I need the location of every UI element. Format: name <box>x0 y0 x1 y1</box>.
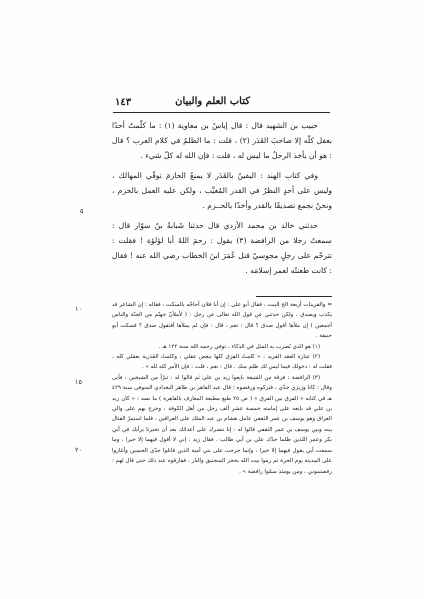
margin-line-number: ٢٠ <box>75 446 82 454</box>
main-paragraph: حدثني خالد بن محمد الأزدي قال حدثنا شَبا… <box>112 218 332 278</box>
header-rule <box>113 112 330 113</box>
running-header: كتاب العلم والبيان ١٤٣ <box>113 96 330 112</box>
main-paragraph: حبيب بن الشهيد قال : قال إياسُ بن معاوية… <box>112 118 332 163</box>
footnote-separator <box>256 296 332 297</box>
main-text-body: حبيب بن الشهيد قال : قال إياسُ بن معاوية… <box>112 118 332 278</box>
footnote-2: (٢) عبارة العقد الفريد : « كلمتُ الفِرَق… <box>112 352 332 373</box>
book-page: كتاب العلم والبيان ١٤٣ حبيب بن الشهيد قا… <box>0 0 424 599</box>
margin-line-number: ١٥ <box>75 378 82 386</box>
footnotes: = والقرينات أربعة الخ البيت ، فقال أبو ع… <box>112 300 332 477</box>
footnote-1: (١) هو الذي يُضرب به المثل في الذكاء ، ت… <box>112 342 332 352</box>
page-number: ١٤٣ <box>115 97 131 108</box>
margin-line-number: ٥ <box>80 207 84 215</box>
footnote-3: (٣) الرافضة : فرقة من الشيعة بايعوا زيد … <box>112 373 332 477</box>
running-header-title: كتاب العلم والبيان <box>175 96 250 107</box>
footnote-continuation: = والقرينات أربعة الخ البيت ، فقال أبو ع… <box>112 300 332 342</box>
main-paragraph: وفي كتاب الهند : اليقينُ بالقَدَر لا يمن… <box>112 168 332 213</box>
margin-line-number: ١٠ <box>75 305 82 313</box>
